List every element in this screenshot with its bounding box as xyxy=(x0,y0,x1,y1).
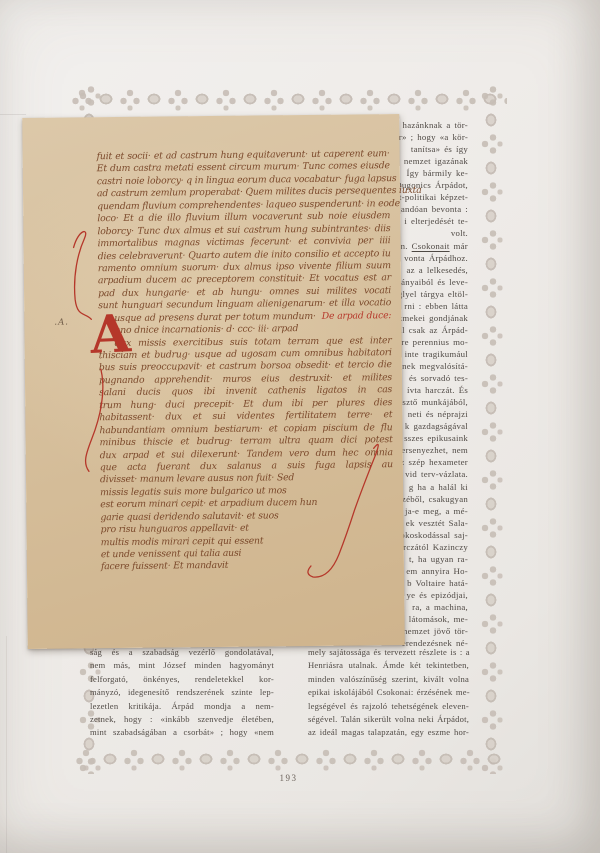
text-line: al csak az Árpád- xyxy=(398,324,468,336)
text-line: ye és epizódjai, xyxy=(407,589,468,601)
text-line: látomások, me- xyxy=(409,613,468,625)
right-column-bottom: mely sajátossága és tervezett részlete i… xyxy=(308,646,469,740)
text-line: t, ha ugyan ra- xyxy=(409,553,468,565)
text-line: Henriásra utalnak. Ámde két tekintetben, xyxy=(308,659,469,672)
text-line: sszes epikusaink xyxy=(404,432,468,444)
text-line: vonta Árpádhoz. xyxy=(404,252,468,264)
text-line: rni : ebben látta xyxy=(404,300,468,312)
text-line: glyel tárgya eltöl- xyxy=(398,288,468,300)
text-line: g ha a halál ki xyxy=(409,481,468,493)
text-line: vid terv-vázlata. xyxy=(405,468,468,480)
text-line: re perennius mo- xyxy=(401,336,468,348)
text-line: nem más, mint József minden hagyományt xyxy=(90,659,274,672)
text-line: epikai iskolájából Csokonai: érzésének m… xyxy=(308,686,469,699)
manuscript-line: garie quasi deridendo salutavit· et suos xyxy=(100,510,317,525)
text-line: em annyira Ho- xyxy=(406,565,468,577)
text-line: lezetlen kritikája. Árpád mondja a nem- xyxy=(90,700,274,713)
text-line: volt. xyxy=(451,227,468,239)
text-line: az a lelkesedés, xyxy=(407,264,468,276)
margin-note: .A. xyxy=(54,318,69,328)
rubric-text: De arpad duce: xyxy=(316,310,392,322)
page-crease-line xyxy=(0,114,26,115)
book-page-photo: hazánknak a tör-ber» ; hogy «a kör-tanít… xyxy=(0,0,600,853)
text-line: sztő munkájából, xyxy=(402,396,468,408)
text-line: zmekei gondjának xyxy=(398,312,468,324)
text-line: és sorvadó tes- xyxy=(409,372,468,384)
text-line: andóan bevonta : xyxy=(401,203,468,215)
text-line: ek vesztét Sala- xyxy=(406,517,468,529)
text-line: inte tragikumául xyxy=(405,348,468,360)
text-line: felforgató, önkényes, rendeletekkel kor- xyxy=(90,673,274,686)
manuscript-text-block: fuit et socii· et ad castrum hung equita… xyxy=(97,148,394,574)
text-line: ívta harczát. És xyxy=(407,384,468,396)
text-line: rczától Kazinczy xyxy=(403,541,468,553)
text-line: ja-e meg, a mé- xyxy=(405,505,468,517)
text-line: hazánknak a tör- xyxy=(403,119,468,131)
text-line: zéből, csakugyan xyxy=(402,493,468,505)
text-line: gnek megvalósítá- xyxy=(398,360,469,372)
text-line: mint szabadságában a csorbát» ; hogy «ne… xyxy=(90,726,274,739)
manuscript-leaf: fuit et socii· et ad castrum hung equita… xyxy=(22,114,405,649)
text-line: zetnek, hogy : «inkább szenvedje életébe… xyxy=(90,713,274,726)
text-line: z szép hexameter xyxy=(400,456,468,468)
text-line: legségével és rajzoló tehetségének eleve… xyxy=(308,700,469,713)
text-line: minden valószínűség szerint, kivált voln… xyxy=(308,673,469,686)
text-line: ra, a machina, xyxy=(412,601,468,613)
text-line: mely sajátossága és tervezett részlete i… xyxy=(308,646,469,659)
ornament-border-top xyxy=(70,84,507,114)
text-line: i elterjedését te- xyxy=(404,215,468,227)
text-line: versenyezhet, nem xyxy=(397,444,468,456)
text-line: nemzet jövő tör- xyxy=(403,625,468,637)
page-edge-line xyxy=(6,636,7,853)
manuscript-line: est eorum minari cepit· et arpadium duce… xyxy=(100,497,358,512)
text-line: tanítsa» és így xyxy=(411,143,468,155)
ornament-border-right xyxy=(476,84,506,774)
page-number: 193 xyxy=(70,773,507,783)
text-line: n. Csokonait már xyxy=(401,240,468,252)
text-line: nányaiból és leve- xyxy=(397,276,469,288)
manuscript-line: facere fuissent· Et mandavit xyxy=(101,560,271,574)
text-line: k gazdagságával xyxy=(405,420,468,432)
text-line: ségével. Talán sikerült volna neki Árpád… xyxy=(308,713,469,726)
text-line: az ideál magas talapzatán, egy eszme hor… xyxy=(308,726,469,739)
text-line: neti és néprajzi xyxy=(408,408,468,420)
ornament-border-bottom xyxy=(74,744,506,774)
text-line: nemzet igazának xyxy=(404,155,468,167)
text-line: mányzó, idegenesítő rendszerének szinte … xyxy=(90,686,274,699)
text-line: b Voltaire hatá- xyxy=(407,577,468,589)
text-line: Így bármily ke- xyxy=(407,167,468,179)
text-line: ber» ; hogy «a kör- xyxy=(390,131,468,143)
text-line: okoskodással saj- xyxy=(400,529,468,541)
initial-letter-A: A xyxy=(85,306,136,366)
left-column-bottom: ság és a szabadság vezérlő gondolatával,… xyxy=(90,646,274,740)
